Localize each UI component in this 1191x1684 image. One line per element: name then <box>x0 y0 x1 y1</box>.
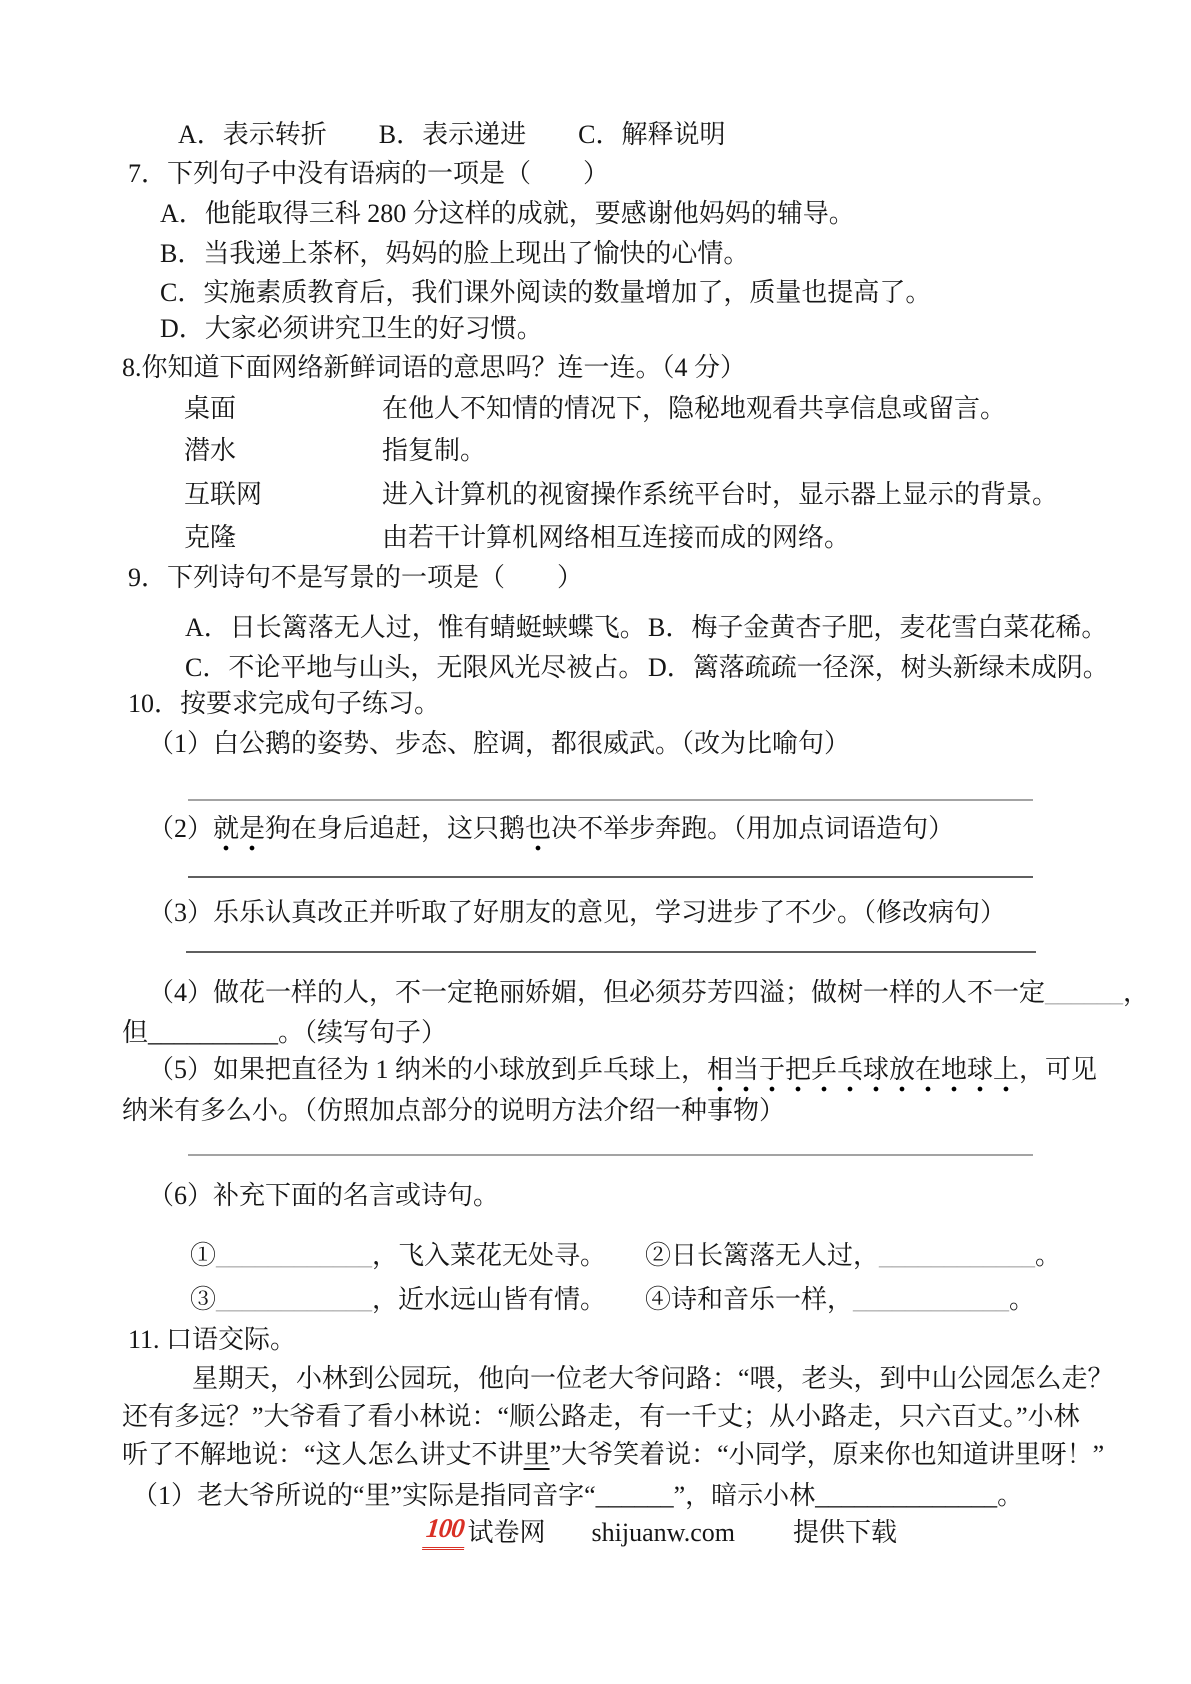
q11-paragraph-line3: 听了不解地说：“这人怎么讲丈不讲里”大爷笑着说：“小同学，原来你也知道讲里呀！” <box>122 1439 1104 1472</box>
q8-term-1: 桌面 <box>184 393 236 426</box>
q10-item6-entry-4-end: 。 <box>1009 1285 1035 1314</box>
q10-item6-entry-1-blank: ____________ <box>216 1241 372 1270</box>
q10-item4-blank-1: ______ <box>1045 978 1123 1007</box>
answer-line-2 <box>188 876 1033 878</box>
q10-item6-entry-3-blank: ____________ <box>216 1285 372 1314</box>
q7-title: 7．下列句子中没有语病的一项是（ ） <box>128 158 609 191</box>
q10-item6-entry-3: ③____________，近水远山皆有情。 <box>190 1284 606 1317</box>
q10-item2-middle: 狗在身后追赶，这只鹅 <box>265 814 525 843</box>
q8-term-3: 互联网 <box>184 479 262 512</box>
q6-option-b: B．表示递进 <box>379 119 526 152</box>
q10-item3: （3）乐乐认真改正并听取了好朋友的意见，学习进步了不少。（修改病句） <box>148 897 1006 930</box>
footer-domain: shijuanw.com <box>592 1517 735 1550</box>
exam-paper-page: A．表示转折 B．表示递进 C．解释说明 7．下列句子中没有语病的一项是（ ） … <box>0 0 1191 1684</box>
q10-item6-entry-3-text: ，近水远山皆有情。 <box>372 1285 606 1314</box>
shijuanw-logo-100: 100 <box>422 1512 467 1550</box>
q10-item6-entry-2-blank: ____________ <box>879 1241 1035 1270</box>
answer-line-3 <box>186 951 1036 953</box>
q7-option-d: D．大家必须讲究卫生的好习惯。 <box>160 313 543 346</box>
q7-option-b: B．当我递上茶杯，妈妈的脸上现出了愉快的心情。 <box>160 238 749 271</box>
q9-option-d: D．篱落疏疏一径深，树头新绿未成阴。 <box>648 652 1109 685</box>
q9-option-c: C．不论平地与山头，无限风光尽被占。 <box>185 652 644 685</box>
q7-option-c: C．实施素质教育后，我们课外阅读的数量增加了，质量也提高了。 <box>160 277 931 310</box>
q11-paragraph-line3-before: 听了不解地说：“这人怎么讲丈不讲 <box>122 1440 524 1469</box>
q10-item2-suffix: 决不举步奔跑。（用加点词语造句） <box>551 814 954 843</box>
q10-item6-entry-1: ①____________，飞入菜花无处寻。 <box>190 1240 606 1273</box>
q10-item5-emphasized-part: 相当于把乒乓球放在地球上 <box>707 1055 1019 1092</box>
q10-item4-text-3: 但 <box>122 1018 148 1047</box>
q8-definition-3: 进入计算机的视窗操作系统平台时，显示器上显示的背景。 <box>382 479 1058 512</box>
q10-item4-blank-2: __________ <box>148 1018 278 1047</box>
q10-item6-entry-1-text: ，飞入菜花无处寻。 <box>372 1241 606 1270</box>
q10-item6-entry-4: ④诗和音乐一样，____________。 <box>645 1284 1035 1317</box>
q10-item4-line1: （4）做花一样的人，不一定艳丽娇媚，但必须芬芳四溢；做树一样的人不一定_____… <box>148 977 1149 1010</box>
q8-title: 8.你知道下面网络新鲜词语的意思吗？连一连。（4 分） <box>122 352 746 385</box>
q10-item5-line2: 纳米有多么小。（仿照加点部分的说明方法介绍一种事物） <box>122 1095 785 1128</box>
q9-option-b: B．梅子金黄杏子肥，麦花雪白菜花稀。 <box>648 612 1107 645</box>
q11-paragraph-line3-after: ”大爷笑着说：“小同学，原来你也知道讲里呀！” <box>550 1440 1105 1469</box>
q10-item6-entry-2: ②日长篱落无人过，____________。 <box>645 1240 1061 1273</box>
q10-item1: （1）白公鹅的姿势、步态、腔调，都很威武。（改为比喻句） <box>148 728 850 761</box>
q11-paragraph-line2: 还有多远？”大爷看了看小林说：“顺公路走，有一千丈；从小路走，只六百丈。”小林 <box>122 1401 1080 1434</box>
q10-title: 10．按要求完成句子练习。 <box>128 688 440 721</box>
q10-item4-text-4: 。（续写句子） <box>278 1018 447 1047</box>
q10-item2-emphasized-word-2: 也 <box>525 814 551 851</box>
q10-item2-emphasized-word-1: 就是 <box>213 814 265 851</box>
q9-option-a: A．日长篱落无人过，惟有蜻蜓蛱蝶飞。 <box>185 612 646 645</box>
q10-item6-entry-2-text: ②日长篱落无人过， <box>645 1241 879 1270</box>
q8-definition-2: 指复制。 <box>382 435 486 468</box>
q10-item2-prefix: （2） <box>148 814 213 843</box>
shijuanw-logo-text: 试卷网 <box>468 1517 546 1550</box>
q10-item4-text-1: （4）做花一样的人，不一定艳丽娇媚，但必须芬芳四溢；做树一样的人不一定 <box>148 978 1045 1007</box>
q10-item6-entry-4-blank: ____________ <box>853 1285 1009 1314</box>
q10-item5-prefix: （5）如果把直径为 1 纳米的小球放到乒乓球上， <box>148 1055 707 1084</box>
q10-item6-entry-1-number: ① <box>190 1241 216 1270</box>
q11-underlined-character: 里 <box>524 1440 550 1469</box>
q9-title: 9．下列诗句不是写景的一项是（ ） <box>128 562 583 595</box>
q11-title: 11. 口语交际。 <box>128 1324 296 1357</box>
q6-option-a: A．表示转折 <box>178 119 327 152</box>
q10-item6-entry-2-end: 。 <box>1035 1241 1061 1270</box>
q10-item6-entry-4-text: ④诗和音乐一样， <box>645 1285 853 1314</box>
q8-definition-1: 在他人不知情的情况下，隐秘地观看共享信息或留言。 <box>382 393 1006 426</box>
q10-item2: （2）就是狗在身后追赶，这只鹅也决不举步奔跑。（用加点词语造句） <box>148 813 954 846</box>
q10-item6-entry-3-number: ③ <box>190 1285 216 1314</box>
q11-sub1: （1）老大爷所说的“里”实际是指同音字“______”，暗示小林________… <box>132 1480 1023 1513</box>
footer: 100 试卷网 shijuanw.com 提供下载 <box>424 1512 897 1550</box>
answer-line-4 <box>188 1154 1033 1156</box>
q8-definition-4: 由若干计算机网络相互连接而成的网络。 <box>382 522 850 555</box>
q10-item4-text-2: ， <box>1123 978 1149 1007</box>
q10-item4-line2: 但__________。（续写句子） <box>122 1017 447 1050</box>
footer-download-text: 提供下载 <box>793 1517 897 1550</box>
q6-options-row: A．表示转折 B．表示递进 C．解释说明 <box>178 119 725 152</box>
q6-option-c: C．解释说明 <box>578 119 725 152</box>
q11-paragraph-line1: 星期天，小林到公园玩，他向一位老大爷问路：“喂，老头，到中山公园怎么走？ <box>192 1363 1114 1396</box>
q10-item6-title: （6）补充下面的名言或诗句。 <box>148 1180 499 1213</box>
q10-item5-suffix: ，可见 <box>1019 1055 1097 1084</box>
q8-term-4: 克隆 <box>184 522 236 555</box>
q8-term-2: 潜水 <box>184 435 236 468</box>
answer-line-1 <box>188 799 1033 801</box>
q7-option-a: A．他能取得三科 280 分这样的成就，要感谢他妈妈的辅导。 <box>160 198 855 231</box>
q10-item5-line1: （5）如果把直径为 1 纳米的小球放到乒乓球上，相当于把乒乓球放在地球上，可见 <box>148 1054 1097 1087</box>
